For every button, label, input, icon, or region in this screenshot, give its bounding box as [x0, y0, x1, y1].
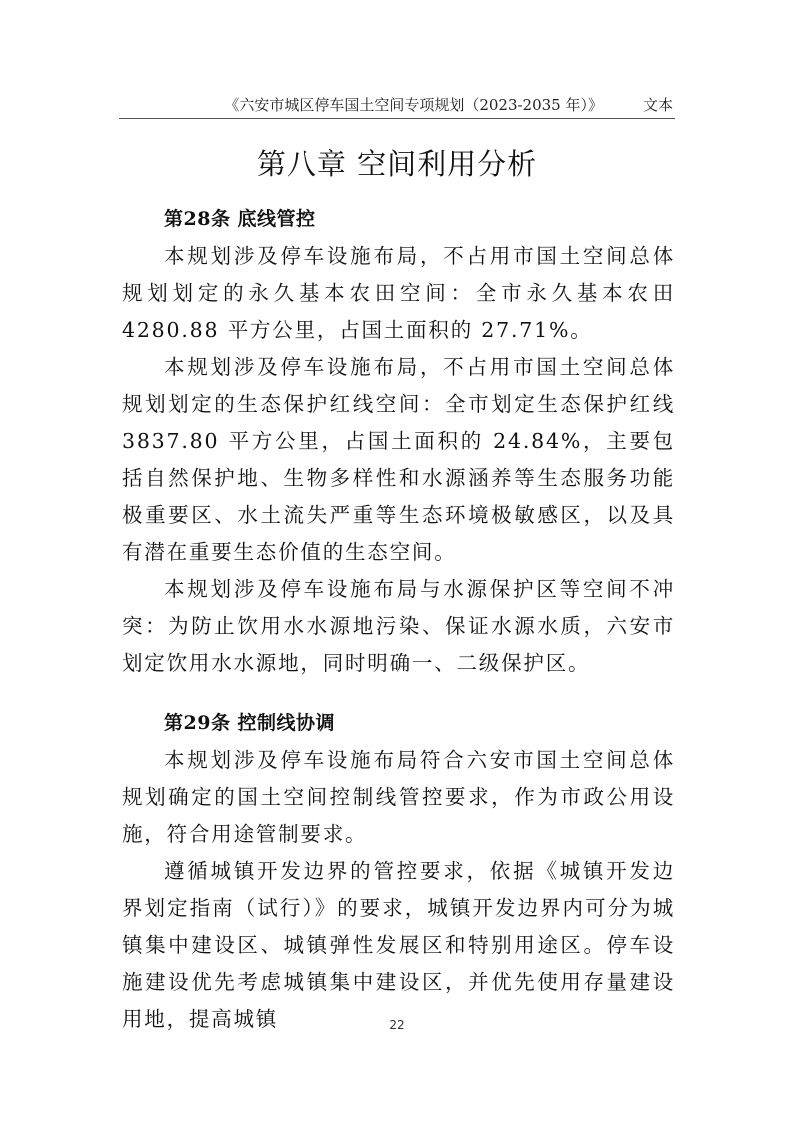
page-number: 22 — [0, 1018, 794, 1032]
paragraph: 本规划涉及停车设施布局，不占用市国土空间总体规划划定的生态保护红线空间：全市划定… — [122, 349, 675, 571]
article-28: 第28条 底线管控 本规划涉及停车设施布局，不占用市国土空间总体规划划定的永久基… — [122, 200, 675, 682]
article-heading: 第28条 底线管控 — [122, 200, 675, 238]
document-type-label: 文本 — [643, 94, 673, 115]
article-heading: 第29条 控制线协调 — [122, 704, 675, 742]
paragraph: 本规划涉及停车设施布局与水源保护区等空间不冲突：为防止饮用水水源地污染、保证水源… — [122, 571, 675, 682]
page-body: 第28条 底线管控 本规划涉及停车设施布局，不占用市国土空间总体规划划定的永久基… — [122, 200, 675, 1038]
paragraph: 本规划涉及停车设施布局符合六安市国土空间总体规划确定的国土空间控制线管控要求，作… — [122, 742, 675, 853]
section-spacer — [122, 682, 675, 704]
running-header: 《六安市城区停车国土空间专项规划（2023-2035 年）》 文本 — [119, 88, 675, 119]
paragraph: 遵循城镇开发边界的管控要求，依据《城镇开发边界划定指南（试行）》的要求，城镇开发… — [122, 853, 675, 1038]
paragraph: 本规划涉及停车设施布局，不占用市国土空间总体规划划定的永久基本农田空间：全市永久… — [122, 238, 675, 349]
article-29: 第29条 控制线协调 本规划涉及停车设施布局符合六安市国土空间总体规划确定的国土… — [122, 704, 675, 1038]
document-title: 《六安市城区停车国土空间专项规划（2023-2035 年）》 — [224, 94, 603, 115]
chapter-title: 第八章 空间利用分析 — [0, 142, 794, 183]
